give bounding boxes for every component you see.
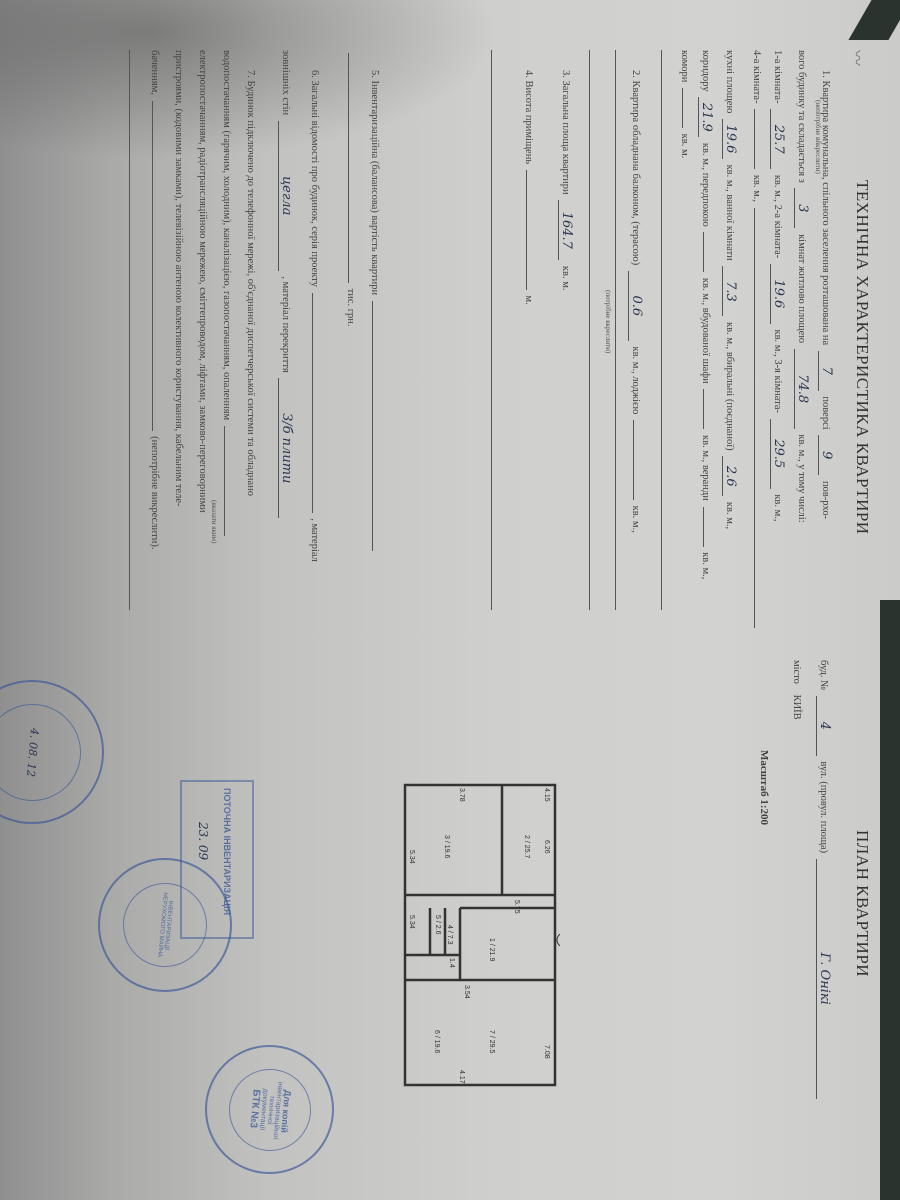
room-1-area: 1 / 21.9 — [488, 938, 495, 961]
item-1-line-6: коридору 21.9 кв. м., передпокою кв. м.,… — [698, 50, 714, 579]
handwritten-mark: 〰 — [847, 50, 870, 66]
building-number-field: 4 — [816, 696, 832, 756]
item-1-line-5: кухні площею 19.6 кв. м., ванної кімнати… — [722, 50, 738, 529]
bath-field: 7.3 — [722, 266, 738, 316]
balcony-field: 0.6 — [628, 271, 644, 341]
street-field: Г. Онікі — [816, 859, 832, 1099]
room-2-area: 2 / 25.7 — [523, 835, 530, 858]
room-3-area: 3 / 19.6 — [443, 835, 450, 858]
svg-text:6.26: 6.26 — [543, 840, 550, 854]
hint: (непотрібне викреслити) — [814, 100, 822, 174]
room2-field: 19.6 — [770, 264, 786, 324]
svg-text:3.54: 3.54 — [463, 985, 470, 999]
svg-text:5.75: 5.75 — [513, 900, 520, 914]
room3-field: 29.5 — [770, 419, 786, 489]
copy-stamp: Для копій інвентаризаційної технічної до… — [205, 1045, 334, 1174]
item-5-value: 5. Інвентаризаційна (балансова) вартість… — [369, 70, 380, 554]
bti-round-stamp: ІНВЕНТАРИЗАЦІЇ НЕРУХОМОГО МАЙНА — [98, 858, 232, 992]
city-value: КИЇВ — [791, 695, 802, 720]
item-1-line-2: вого будинку та складається з 3 кімнат ж… — [794, 50, 810, 523]
svg-text:4.15: 4.15 — [543, 788, 550, 802]
room-4-area: 4 / 7.3 — [446, 925, 453, 945]
kitchen-field: 19.6 — [722, 119, 738, 159]
living-area-field: 74.8 — [794, 349, 810, 429]
room-7-area: 7 / 29.5 — [488, 1030, 495, 1053]
room-6-area: 6 / 19.6 — [433, 1030, 440, 1053]
floors-total-field: 9 — [818, 435, 834, 475]
item-1-line-7: комори кв. м. — [679, 50, 690, 158]
walls-material-field: цегла — [278, 121, 294, 271]
table-edge — [880, 600, 900, 1200]
total-area-field: 164.7 — [558, 200, 574, 260]
svg-text:3.78: 3.78 — [458, 788, 465, 802]
item-1-line-3: 1-а кімната- 25.7 кв. м., 2-а кімната- 1… — [770, 50, 786, 522]
plan-title: ПЛАН КВАРТИРИ — [852, 830, 872, 977]
technical-characteristics-page: ТЕХНІЧНА ХАРАКТЕРИСТИКА КВАРТИРИ 〰 1. Кв… — [0, 30, 880, 630]
svg-text:5.34: 5.34 — [408, 915, 415, 929]
floors-material-field: З/б плити — [278, 378, 294, 518]
item-7-line-4: пристроями, (кодовими замками), телевізі… — [173, 50, 184, 507]
floor-plan-drawing: 7 / 29.5 6 / 19.6 1 / 21.9 4 / 7.3 5 / 2… — [390, 780, 560, 1100]
svg-text:4.17: 4.17 — [458, 1070, 465, 1084]
city-line: місто КИЇВ — [791, 660, 802, 720]
item-7-line-2: водопостачанням (гарячим, холодним), кан… — [221, 50, 232, 539]
item-7-line-5: баченням, (непотрібне викреслити). — [149, 50, 160, 549]
item-7-line-3: електропостачанням, радіотрансляційною м… — [197, 50, 208, 513]
toilet-field: 2.6 — [722, 456, 738, 496]
svg-text:5.34: 5.34 — [408, 850, 415, 864]
address-line: буд. № 4 вул. (провул. площа) Г. Онікі — [816, 660, 832, 1102]
axis-label: 22 — [559, 935, 560, 943]
floor-field: 7 — [818, 351, 834, 391]
room1-field: 25.7 — [770, 109, 786, 169]
item-4-height: 4. Висота приміщень м. — [523, 70, 534, 305]
rooms-field: 3 — [794, 188, 810, 228]
scale-label: Масштаб 1:200 — [758, 750, 770, 825]
page-title: ТЕХНІЧНА ХАРАКТЕРИСТИКА КВАРТИРИ — [852, 180, 872, 535]
item-1-line-4: 4-а кімната- кв. м., — [751, 50, 762, 631]
svg-text:7.08: 7.08 — [543, 1045, 550, 1059]
svg-text:1.4: 1.4 — [448, 958, 455, 968]
item-2: 2. Квартира обладнана балконом, (терасою… — [628, 70, 644, 533]
divider — [661, 50, 662, 610]
item-6-building: 6. Загальні відомості про будинок, серія… — [309, 70, 320, 562]
item-3-total-area: 3. Загальна площа квартири 164.7 кв. м. — [558, 70, 574, 291]
room-5-area: 5 / 2.6 — [434, 915, 441, 935]
item-7-line-1: 7. Будинок підключено до телефонної мере… — [245, 70, 256, 496]
corridor-field: 21.9 — [698, 97, 714, 137]
